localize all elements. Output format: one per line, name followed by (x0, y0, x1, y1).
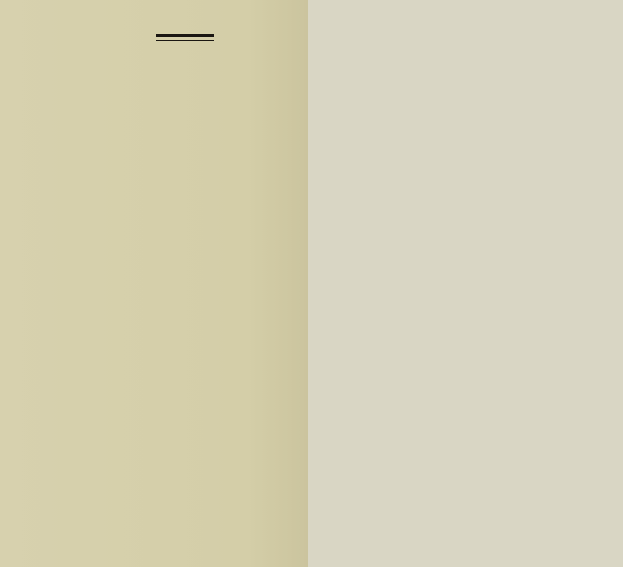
left-page (0, 0, 308, 567)
header-rule-left (156, 34, 214, 41)
